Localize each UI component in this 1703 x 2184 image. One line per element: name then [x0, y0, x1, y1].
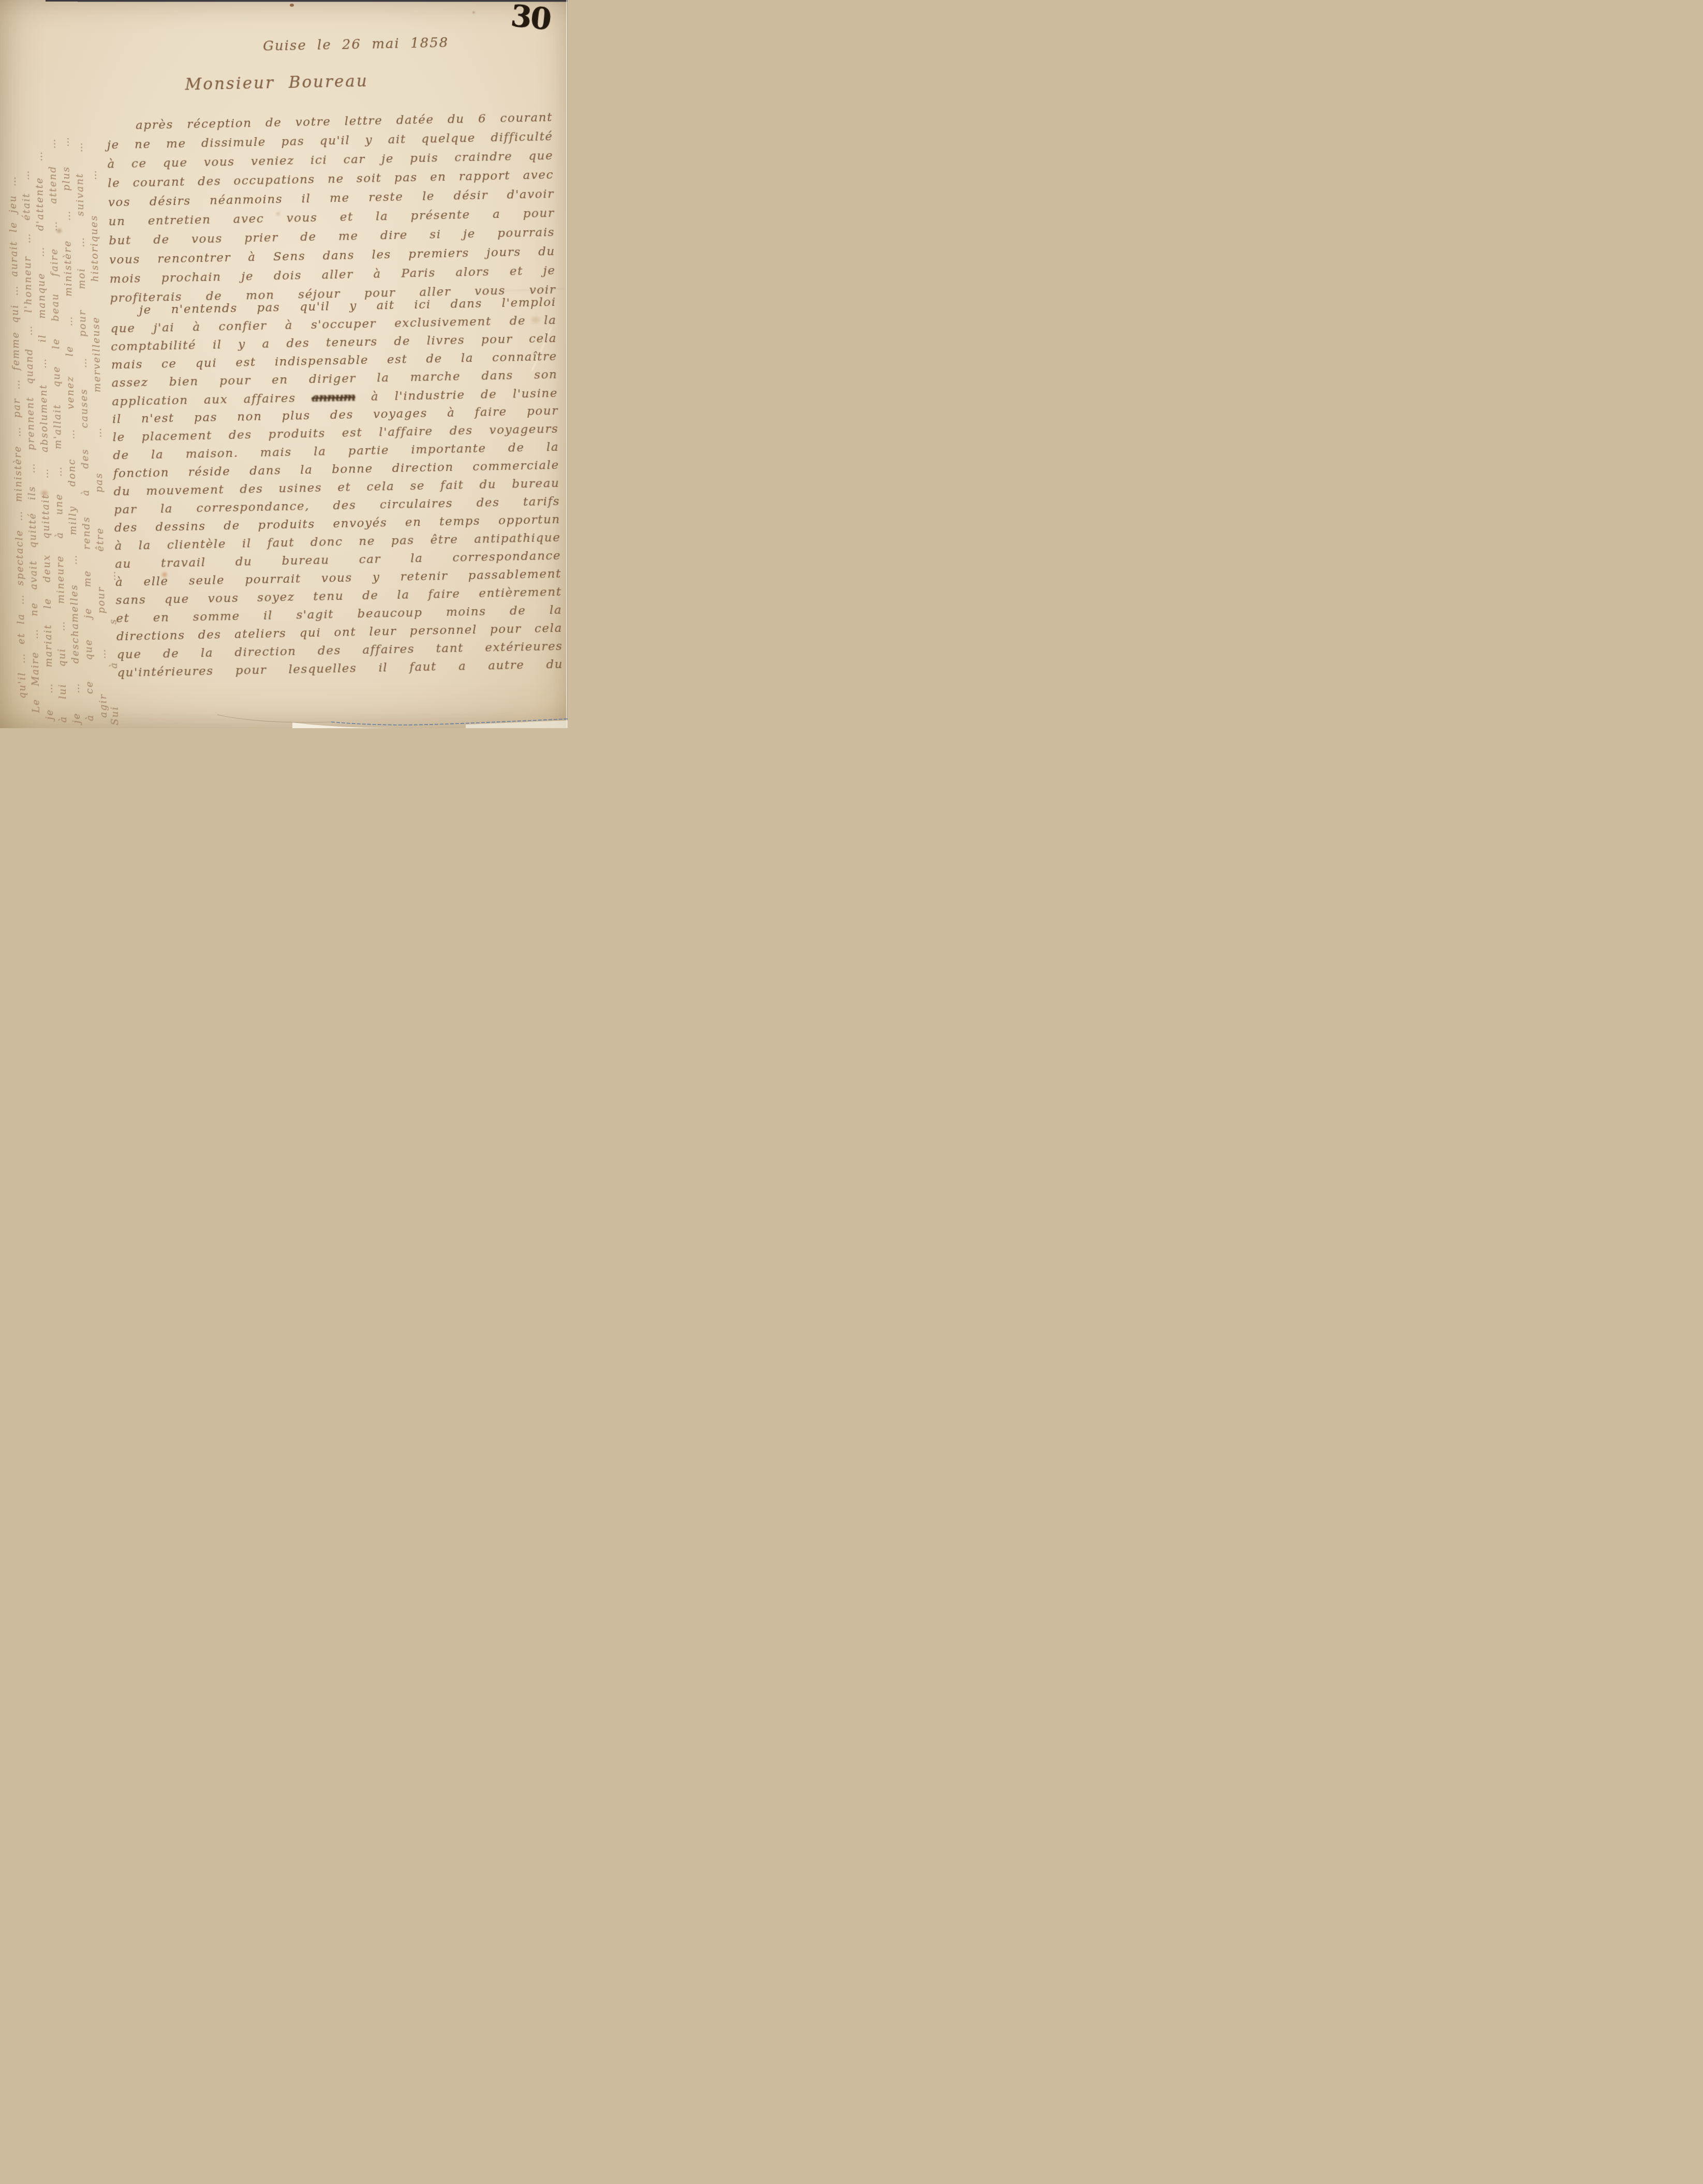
under-sheet-wedge-right: [466, 720, 568, 728]
folio-number: 30: [509, 1, 552, 35]
handwritten-ink-layer: 30 Guise le 26 mai 1858 Monsieur Boureau…: [0, 0, 568, 728]
crossed-out-word: annum: [312, 390, 356, 405]
line-text-before-strike: application aux affaires: [112, 391, 312, 408]
letter-page: 30 Guise le 26 mai 1858 Monsieur Boureau…: [0, 0, 568, 728]
salutation: Monsieur Boureau: [185, 72, 368, 94]
letter-paragraph-2: je n'entends pas qu'il y ait ici dans l'…: [110, 296, 564, 684]
bottom-edge-underlying-sheet: [0, 699, 568, 728]
letter-paragraph-1: après réception de votre lettre datée du…: [107, 111, 556, 311]
dateline: Guise le 26 mai 1858: [263, 34, 491, 54]
line-text-after-strike: à l'industrie de l'usine: [355, 387, 558, 404]
